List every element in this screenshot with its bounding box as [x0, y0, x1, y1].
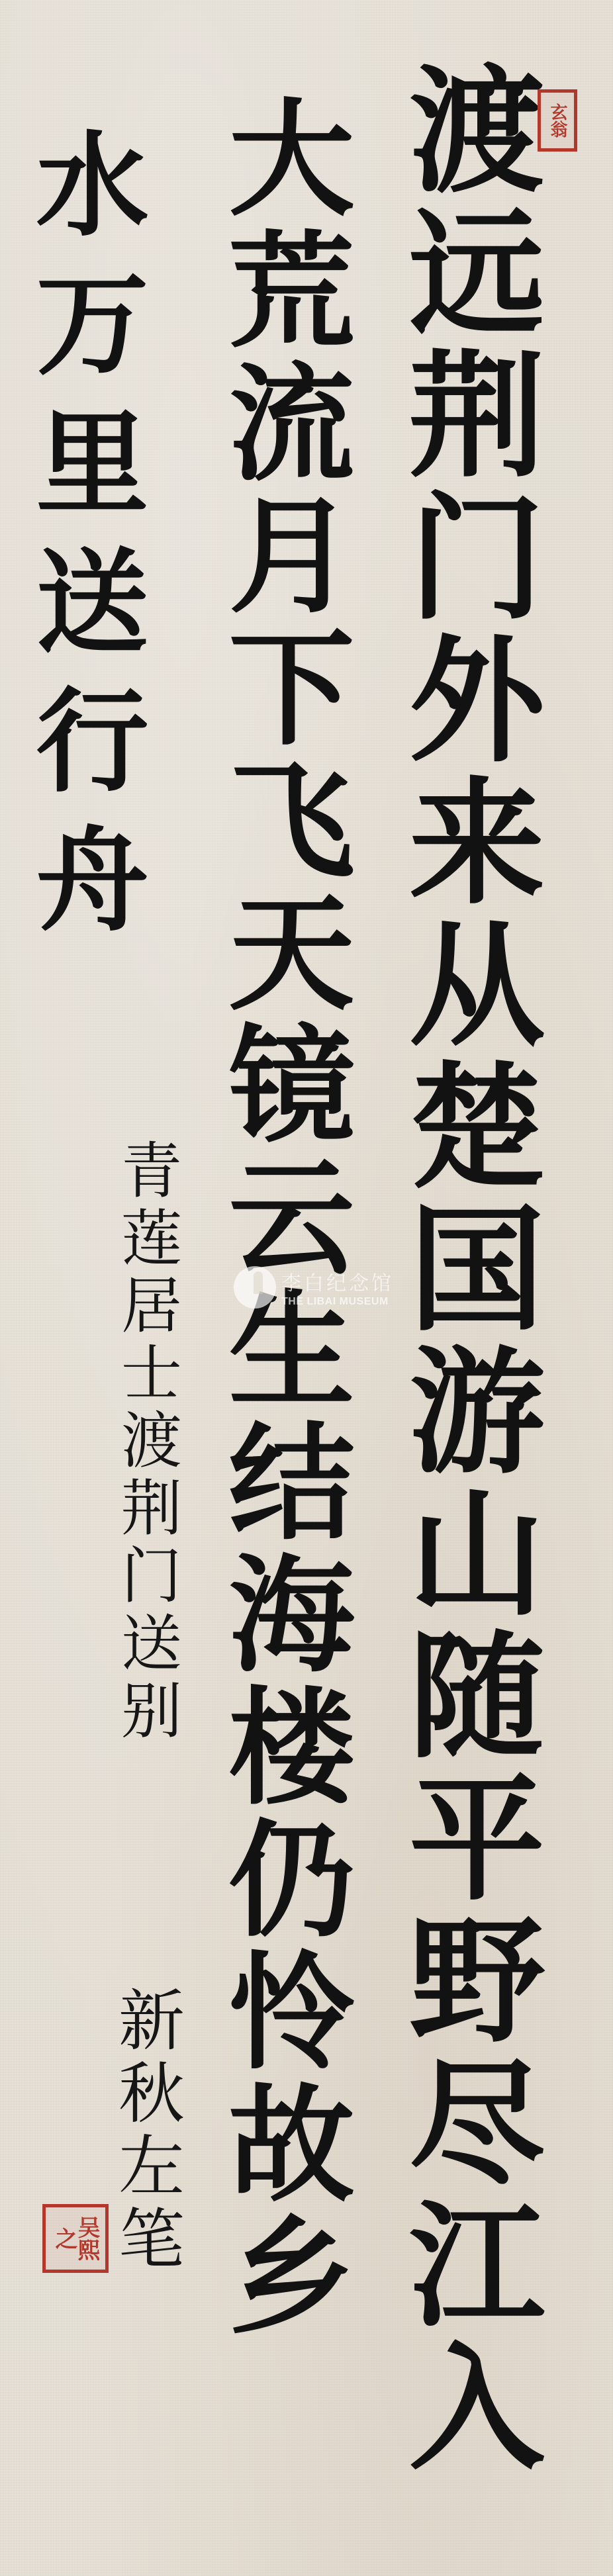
inscription-signature: 新秋左笔 — [113, 1986, 179, 2277]
poem-column-2: 大荒流月下飞天镜云生结海楼仍怜故乡 — [218, 93, 344, 2343]
inscription-title: 青莲居士渡荆门送别 — [116, 1138, 177, 1746]
poem-column-3: 水万里送行舟 — [26, 126, 139, 960]
seal-top-right: 玄翁 — [538, 89, 577, 152]
watermark-chinese: 李白纪念馆 — [281, 1267, 394, 1296]
watermark-english: THE LIBAI MUSEUM — [281, 1296, 394, 1308]
museum-logo-icon — [234, 1266, 276, 1309]
museum-watermark: 李白纪念馆 THE LIBAI MUSEUM — [234, 1266, 394, 1309]
poem-column-1: 渡远荆门外来从楚国游山随平野尽江入 — [397, 60, 533, 2479]
seal-signature: 吴熙之 — [42, 2204, 109, 2273]
